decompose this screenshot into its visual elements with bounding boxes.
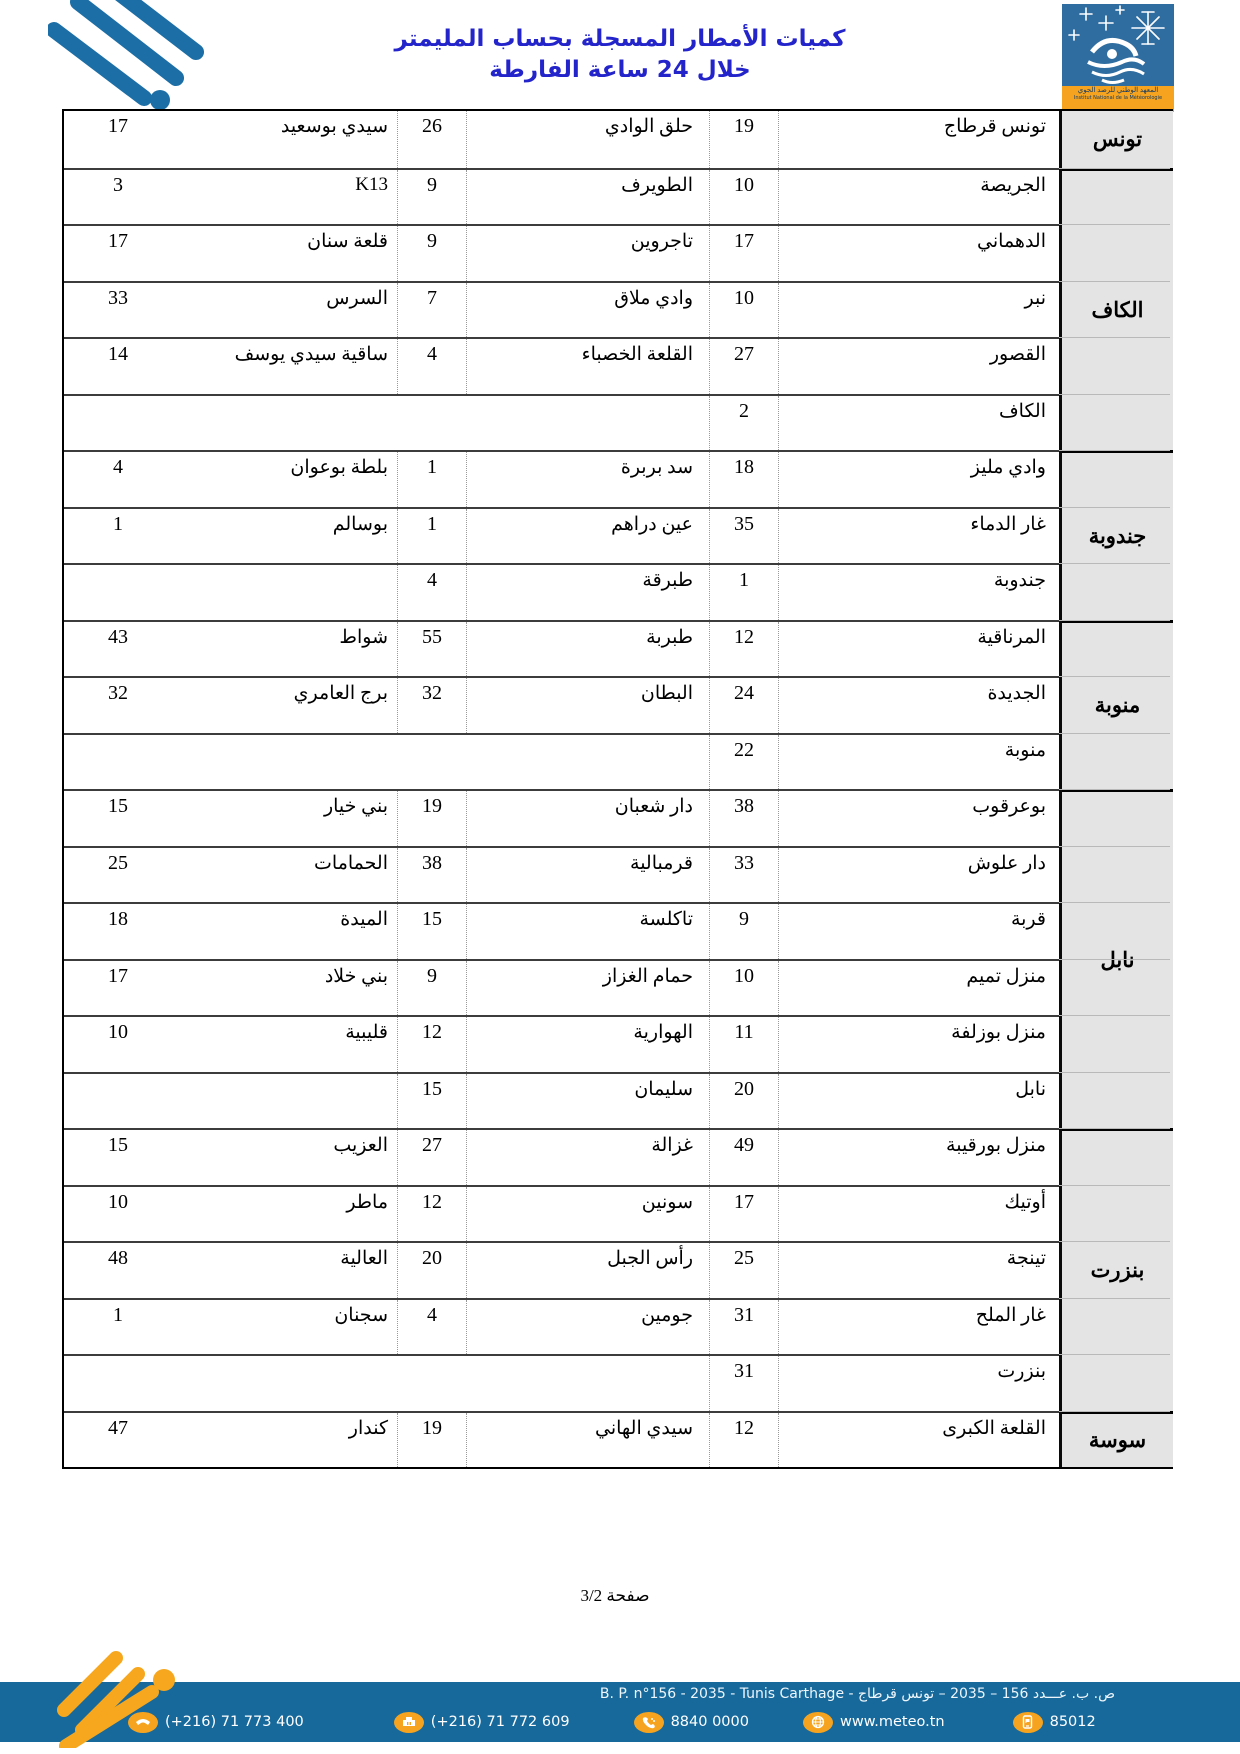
rain-value-cell: 25 — [64, 848, 172, 903]
rain-value-cell: 38 — [397, 848, 467, 903]
station-name-cell: قلعة سنان — [199, 226, 394, 281]
station-name-cell: تاكلسة — [484, 904, 699, 959]
table-row: غار الدماء35عين دراهم1بوسالم1 — [64, 507, 1059, 564]
rain-value-cell: 15 — [64, 791, 172, 846]
table-row: منزل تميم10حمام الغزاز9بني خلاد17 — [64, 959, 1059, 1016]
contact-phone-number: (+216) 71 773 400 — [165, 1714, 304, 1730]
rain-value-cell: 17 — [709, 226, 779, 281]
grey-row-line — [1059, 1354, 1170, 1355]
page-title-line2: خلال 24 ساعة الفارطة — [300, 55, 940, 86]
rain-value-cell: 19 — [397, 1413, 467, 1468]
rain-value-cell: 10 — [709, 283, 779, 338]
rain-value-cell: 1 — [709, 565, 779, 620]
inm-caption-french: Institut National de la Météorologie — [1062, 95, 1174, 102]
table-row: قربة9تاكلسة15الميدة18 — [64, 902, 1059, 959]
station-name-cell: غزالة — [484, 1130, 699, 1185]
station-name-cell: الجريصة — [789, 170, 1052, 225]
rain-value-cell: 2 — [709, 396, 779, 451]
station-name-cell: سيدي بوسعيد — [199, 111, 394, 168]
station-name-cell: ساقية سيدي يوسف — [199, 339, 394, 394]
rain-value-cell: 27 — [709, 339, 779, 394]
station-name-cell: الميدة — [199, 904, 394, 959]
station-name-cell: بنزرت — [789, 1356, 1052, 1411]
grey-row-line — [1059, 902, 1170, 903]
grey-row-line — [1059, 1241, 1170, 1242]
station-name-cell: سليمان — [484, 1074, 699, 1129]
rain-value-cell: 18 — [709, 452, 779, 507]
table-row: الكاف2 — [64, 394, 1059, 451]
station-name-cell: K13 — [199, 170, 394, 225]
station-name-cell: نبر — [789, 283, 1052, 338]
table-row: منوبة22 — [64, 733, 1059, 790]
table-row: غار الملح31جومين4سجنان1 — [64, 1298, 1059, 1355]
rain-value-cell: 20 — [709, 1074, 779, 1129]
rain-value-cell: 27 — [397, 1130, 467, 1185]
station-name-cell: سونين — [484, 1187, 699, 1242]
station-name-cell: بني خلاد — [199, 961, 394, 1016]
rain-value-cell: 32 — [397, 678, 467, 733]
table-row: الجديدة24البطان32برج العامري32 — [64, 676, 1059, 733]
station-name-cell: أوتيك — [789, 1187, 1052, 1242]
station-name-cell: ماطر — [199, 1187, 394, 1242]
rain-value-cell: 18 — [64, 904, 172, 959]
rain-value-cell: 47 — [64, 1413, 172, 1468]
grey-row-line — [1059, 1298, 1170, 1299]
station-name-cell: الحمامات — [199, 848, 394, 903]
contact-phone: (+216) 71 773 400 — [128, 1712, 304, 1733]
table-row: بوعرقوب38دار شعبان19بني خيار15 — [64, 789, 1059, 846]
grey-row-line — [1059, 789, 1170, 790]
rain-value-cell: 12 — [709, 622, 779, 677]
station-name-cell: رأس الجبل — [484, 1243, 699, 1298]
grey-row-line — [1059, 563, 1170, 564]
rain-value-cell: 4 — [397, 1300, 467, 1355]
station-name-cell: منزل بورقيبة — [789, 1130, 1052, 1185]
contact-sms-number: 85012 — [1050, 1714, 1096, 1730]
contact-website: www.meteo.tn — [803, 1712, 945, 1733]
station-name-cell: دار شعبان — [484, 791, 699, 846]
rain-value-cell: 31 — [709, 1356, 779, 1411]
inm-logo-art — [1062, 4, 1174, 86]
rain-value-cell: 20 — [397, 1243, 467, 1298]
sun-wave-icon — [1088, 40, 1144, 82]
contact-call-number: 8840 0000 — [671, 1714, 749, 1730]
grey-row-line — [1059, 733, 1170, 734]
rain-value-cell: 31 — [709, 1300, 779, 1355]
station-name-cell: نابل — [789, 1074, 1052, 1129]
station-name-cell: القلعة الخصباء — [484, 339, 699, 394]
contact-sms: 85012 — [1013, 1712, 1096, 1733]
rain-value-cell: 10 — [709, 961, 779, 1016]
region-label-3: منوبة — [1062, 620, 1173, 790]
grey-row-line — [1059, 676, 1170, 677]
station-name-cell: برج العامري — [199, 678, 394, 733]
station-name-cell: سد بربرة — [484, 452, 699, 507]
report-page: كميات الأمطار المسجلة بحساب المليمتر خلا… — [0, 0, 1240, 1754]
rain-value-cell: 35 — [709, 509, 779, 564]
page-number: صفحة 3/2 — [62, 1586, 1168, 1606]
phone-icon — [128, 1712, 158, 1733]
table-row: منزل بورقيبة49غزالة27العزيب15 — [64, 1128, 1059, 1185]
station-name-cell: بوعرقوب — [789, 791, 1052, 846]
rain-value-cell: 19 — [397, 791, 467, 846]
station-name-cell: غار الملح — [789, 1300, 1052, 1355]
station-name-cell: عين دراهم — [484, 509, 699, 564]
station-name-cell: بلطة بوعوان — [199, 452, 394, 507]
rain-value-cell: 25 — [709, 1243, 779, 1298]
rain-value-cell: 48 — [64, 1243, 172, 1298]
rain-value-cell: 4 — [64, 452, 172, 507]
station-name-cell: طبربة — [484, 622, 699, 677]
region-label-2: جندوبة — [1062, 450, 1173, 620]
grey-row-line — [1059, 1411, 1170, 1412]
contact-fax-number: (+216) 71 772 609 — [431, 1714, 570, 1730]
table-row: أوتيك17سونين12ماطر10 — [64, 1185, 1059, 1242]
rain-value-cell: 7 — [397, 283, 467, 338]
region-label-1: الكاف — [1062, 168, 1173, 451]
rain-value-cell: 10 — [64, 1187, 172, 1242]
station-name-cell: القلعة الكبرى — [789, 1413, 1052, 1468]
station-name-cell: شواط — [199, 622, 394, 677]
rain-value-cell: 17 — [709, 1187, 779, 1242]
table-row: جندوبة1طبرقة4 — [64, 563, 1059, 620]
rain-value-cell: 9 — [709, 904, 779, 959]
rain-value-cell: 4 — [397, 565, 467, 620]
rain-value-cell: 15 — [397, 904, 467, 959]
rain-value-cell: 1 — [397, 452, 467, 507]
station-name-cell: بني خيار — [199, 791, 394, 846]
grey-row-line — [1059, 959, 1170, 960]
rain-value-cell: 43 — [64, 622, 172, 677]
table-row: المرناقية12طبربة55شواط43 — [64, 620, 1059, 677]
region-label-5: بنزرت — [1062, 1128, 1173, 1411]
inm-logo: المعهد الوطني للرصد الجوي Institut Natio… — [1062, 4, 1174, 112]
grey-row-line — [1059, 224, 1170, 225]
station-name-cell: القصور — [789, 339, 1052, 394]
grey-row-line — [1059, 1072, 1170, 1073]
page-title-line1: كميات الأمطار المسجلة بحساب المليمتر — [300, 24, 940, 55]
station-name-cell: دار علوش — [789, 848, 1052, 903]
table-row: نبر10وادي ملاق7السرس33 — [64, 281, 1059, 338]
station-name-cell: وادي ملاق — [484, 283, 699, 338]
grey-row-line — [1059, 846, 1170, 847]
rain-value-cell: 17 — [64, 961, 172, 1016]
station-name-cell: تاجروين — [484, 226, 699, 281]
station-name-cell: منوبة — [789, 735, 1052, 790]
station-name-cell: غار الدماء — [789, 509, 1052, 564]
table-row: بنزرت31 — [64, 1354, 1059, 1411]
station-name-cell: الطويرف — [484, 170, 699, 225]
station-name-cell: البطان — [484, 678, 699, 733]
sms-icon — [1013, 1712, 1043, 1733]
grey-row-line — [1059, 281, 1170, 282]
grey-row-line — [1059, 337, 1170, 338]
table-row: نابل20سليمان15 — [64, 1072, 1059, 1129]
rain-value-cell: 1 — [64, 509, 172, 564]
contact-call-center: 8840 0000 — [634, 1712, 749, 1733]
station-name-cell: منزل تميم — [789, 961, 1052, 1016]
footer-contacts: (+216) 71 773 400 (+216) 71 772 609 8840… — [128, 1708, 1228, 1736]
rain-value-cell: 9 — [397, 961, 467, 1016]
stripes-logo-top-left — [48, 0, 208, 112]
fax-icon — [394, 1712, 424, 1733]
grey-row-line — [1059, 620, 1170, 621]
station-name-cell: جومين — [484, 1300, 699, 1355]
table-row: وادي مليز18سد بربرة1بلطة بوعوان4 — [64, 450, 1059, 507]
table-row: تينجة25رأس الجبل20العالية48 — [64, 1241, 1059, 1298]
table-row: الدهماني17تاجروين9قلعة سنان17 — [64, 224, 1059, 281]
table-row: دار علوش33قرمبالية38الحمامات25 — [64, 846, 1059, 903]
station-name-cell: كندار — [199, 1413, 394, 1468]
rain-value-cell: 17 — [64, 226, 172, 281]
rain-value-cell: 4 — [397, 339, 467, 394]
page-title: كميات الأمطار المسجلة بحساب المليمتر خلا… — [300, 24, 940, 86]
rain-value-cell: 17 — [64, 111, 172, 168]
station-name-cell: طبرقة — [484, 565, 699, 620]
station-name-cell: الدهماني — [789, 226, 1052, 281]
rain-value-cell: 26 — [397, 111, 467, 168]
station-name-cell: وادي مليز — [789, 452, 1052, 507]
rain-value-cell: 1 — [64, 1300, 172, 1355]
grey-row-line — [1059, 168, 1170, 169]
rain-value-cell: 15 — [64, 1130, 172, 1185]
rain-value-cell: 14 — [64, 339, 172, 394]
rain-value-cell: 55 — [397, 622, 467, 677]
rain-value-cell: 1 — [397, 509, 467, 564]
grey-row-line — [1059, 1128, 1170, 1129]
grey-row-line — [1059, 1015, 1170, 1016]
grey-row-line — [1059, 450, 1170, 451]
station-name-cell: قربة — [789, 904, 1052, 959]
table-row: القلعة الكبرى12سيدي الهاني19كندار47 — [64, 1411, 1059, 1468]
station-name-cell: جندوبة — [789, 565, 1052, 620]
station-name-cell: العزيب — [199, 1130, 394, 1185]
stars-icons — [1069, 6, 1124, 40]
station-name-cell: العالية — [199, 1243, 394, 1298]
region-label-6: سوسة — [1062, 1411, 1173, 1468]
table-row: القصور27القلعة الخصباء4ساقية سيدي يوسف14 — [64, 337, 1059, 394]
rain-value-cell: 22 — [709, 735, 779, 790]
station-name-cell: الكاف — [789, 396, 1052, 451]
call-center-icon — [634, 1712, 664, 1733]
station-name-cell: الهوارية — [484, 1017, 699, 1072]
rain-table: تونسالكافجندوبةمنوبةنابلبنزرتسوسة تونس ق… — [62, 109, 1173, 1469]
station-name-cell: حمام الغزاز — [484, 961, 699, 1016]
rain-value-cell: 33 — [709, 848, 779, 903]
stripes-dot — [150, 90, 170, 110]
rain-value-cell: 49 — [709, 1130, 779, 1185]
inm-caption-arabic: المعهد الوطني للرصد الجوي — [1062, 86, 1174, 95]
table-row: منزل بوزلفة11الهوارية12قليبية10 — [64, 1015, 1059, 1072]
rain-value-cell: 24 — [709, 678, 779, 733]
station-name-cell: تونس قرطاج — [789, 111, 1052, 168]
station-name-cell: بوسالم — [199, 509, 394, 564]
station-name-cell: السرس — [199, 283, 394, 338]
station-name-cell: الجديدة — [789, 678, 1052, 733]
rain-value-cell: 19 — [709, 111, 779, 168]
rain-value-cell: 3 — [64, 170, 172, 225]
station-name-cell: قليبية — [199, 1017, 394, 1072]
contact-fax: (+216) 71 772 609 — [394, 1712, 570, 1733]
rain-value-cell: 33 — [64, 283, 172, 338]
rain-value-cell: 10 — [64, 1017, 172, 1072]
grey-row-line — [1059, 394, 1170, 395]
rain-value-cell: 9 — [397, 170, 467, 225]
station-name-cell: سيدي الهاني — [484, 1413, 699, 1468]
rain-value-cell: 15 — [397, 1074, 467, 1129]
contact-website-url: www.meteo.tn — [840, 1714, 945, 1730]
station-name-cell: سجنان — [199, 1300, 394, 1355]
rain-value-cell: 12 — [397, 1187, 467, 1242]
station-name-cell: منزل بوزلفة — [789, 1017, 1052, 1072]
station-name-cell: المرناقية — [789, 622, 1052, 677]
grey-row-line — [1059, 1185, 1170, 1186]
globe-icon — [803, 1712, 833, 1733]
table-row: الجريصة10الطويرف9K133 — [64, 168, 1059, 225]
grey-row-line — [1059, 507, 1170, 508]
snowflake-icon — [1132, 12, 1164, 44]
rain-value-cell: 9 — [397, 226, 467, 281]
station-name-cell: تينجة — [789, 1243, 1052, 1298]
rain-value-cell: 32 — [64, 678, 172, 733]
region-label-0: تونس — [1062, 111, 1173, 168]
station-name-cell: حلق الوادي — [484, 111, 699, 168]
rain-value-cell: 12 — [709, 1413, 779, 1468]
rain-value-cell: 10 — [709, 170, 779, 225]
rain-value-cell: 12 — [397, 1017, 467, 1072]
rain-value-cell: 38 — [709, 791, 779, 846]
station-name-cell: قرمبالية — [484, 848, 699, 903]
footer-address: B. P. n°156 - 2035 - Tunis Carthage - ص.… — [0, 1686, 1115, 1702]
table-row: تونس قرطاج19حلق الوادي26سيدي بوسعيد17 — [64, 111, 1059, 168]
rain-value-cell: 11 — [709, 1017, 779, 1072]
